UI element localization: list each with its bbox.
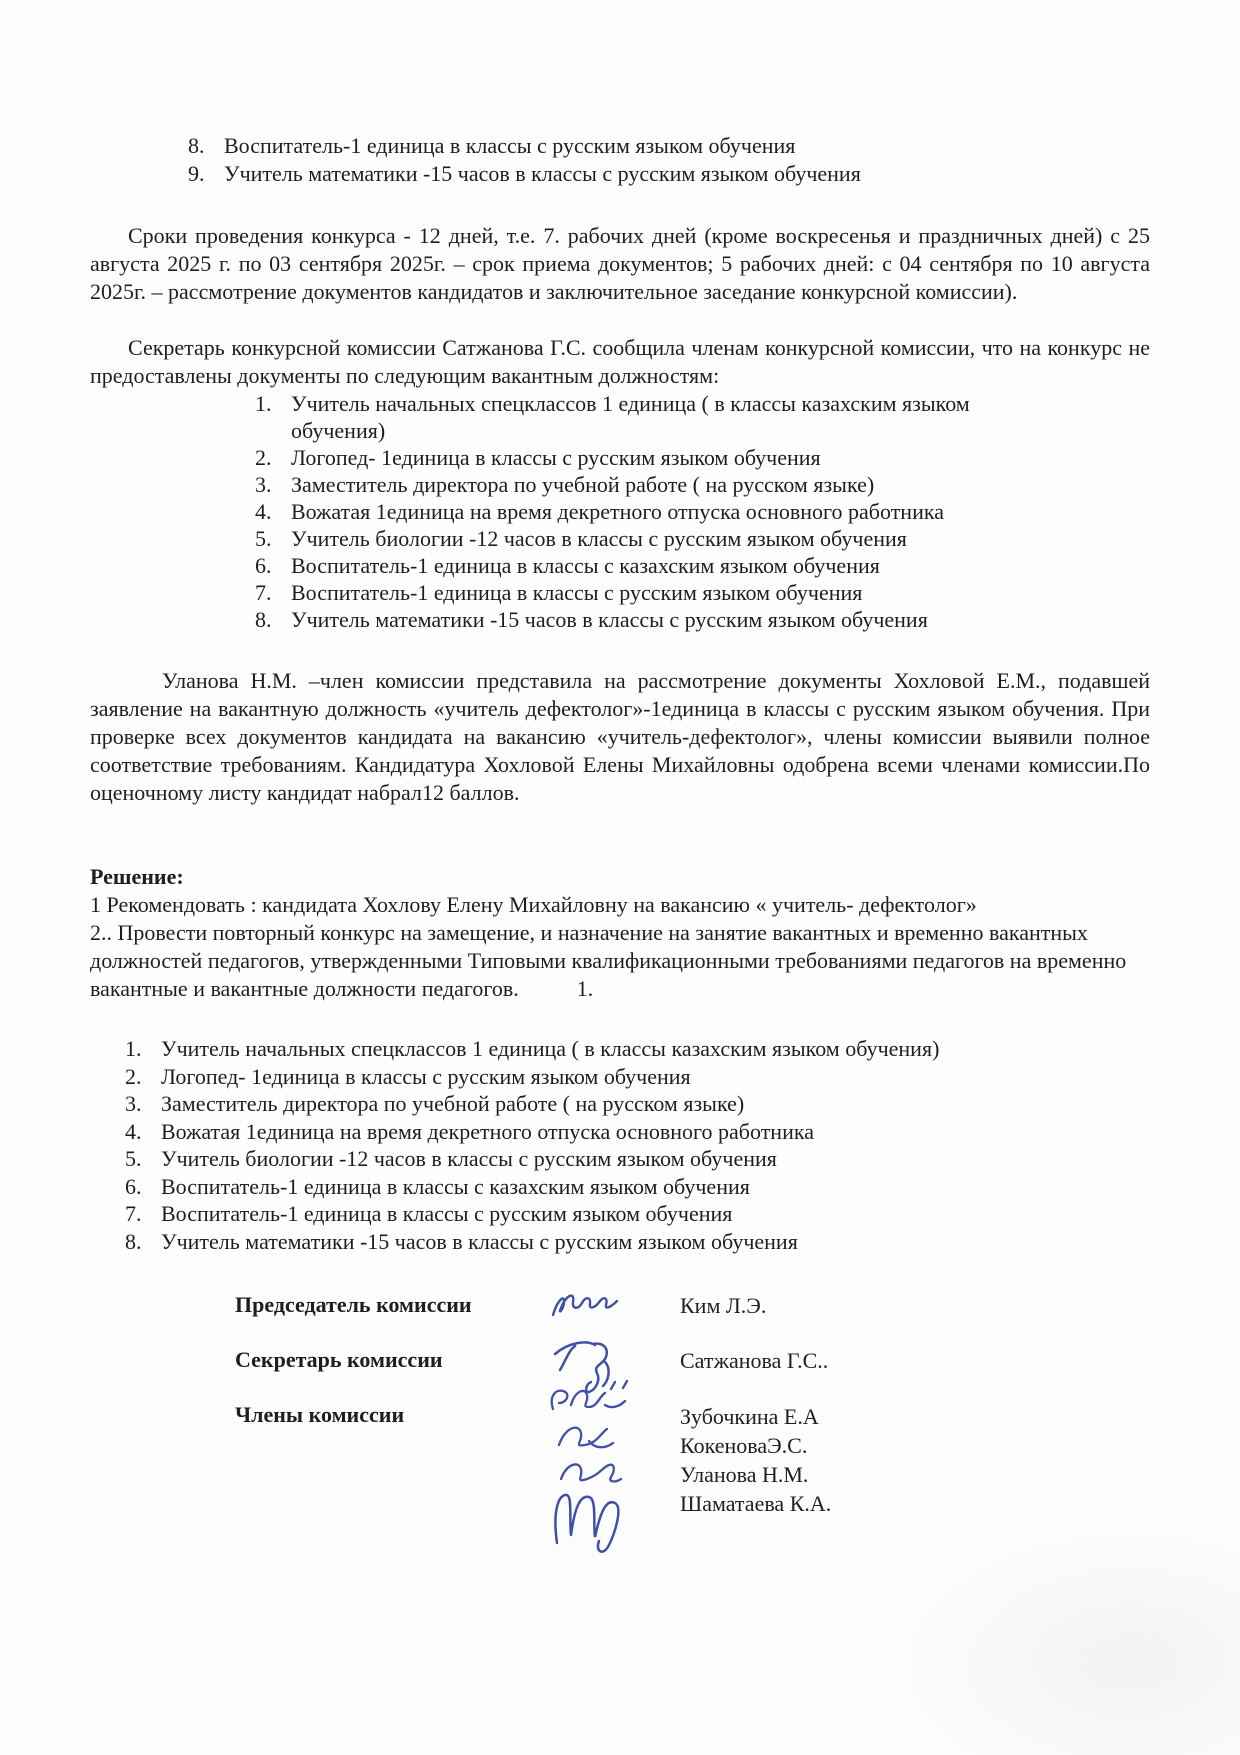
list-item-text: Учитель математики -15 часов в классы с … — [161, 1228, 1150, 1256]
members-names: Зубочкина Е.А КокеноваЭ.С. Уланова Н.М. … — [680, 1401, 831, 1518]
list-item: 2. Логопед- 1единица в классы с русским … — [255, 444, 1150, 471]
decision-section: Решение: 1 Рекомендовать : кандидата Хох… — [90, 863, 1150, 1003]
list-item-text: Учитель биологии -12 часов в классы с ру… — [161, 1145, 1150, 1173]
secretary-label: Секретарь комиссии — [235, 1346, 515, 1374]
list-item: 7. Воспитатель-1 единица в классы с русс… — [255, 579, 1150, 606]
members-label: Члены комиссии — [235, 1401, 515, 1429]
list-item: 1. Учитель начальных спецклассов 1 едини… — [255, 390, 1150, 444]
list-item: 5. Учитель биологии -12 часов в классы с… — [125, 1145, 1150, 1173]
list-item-number: 9. — [188, 160, 224, 188]
list-item-text: Воспитатель-1 единица в классы с казахск… — [161, 1173, 1150, 1201]
list-item-text: Воспитатель-1 единица в классы с русским… — [224, 132, 1150, 160]
member-name: КокеноваЭ.С. — [680, 1431, 831, 1460]
list-item-number: 1. — [255, 390, 291, 444]
list-item-text: Учитель математики -15 часов в классы с … — [291, 606, 1150, 633]
member-signature-2 — [559, 1428, 613, 1448]
decision-item-1: 1 Рекомендовать : кандидата Хохлову Елен… — [90, 891, 1150, 919]
list-item-text: Заместитель директора по учебной работе … — [291, 471, 1150, 498]
list-item-text: Вожатая 1единица на время декретного отп… — [291, 498, 1150, 525]
list-item-text: Воспитатель-1 единица в классы с русским… — [291, 579, 1150, 606]
list-item-number: 8. — [125, 1228, 161, 1256]
list-item-number: 8. — [255, 606, 291, 633]
secretary-paragraph: Секретарь конкурсной комиссии Сатжанова … — [90, 334, 1150, 390]
decision-trailing-number: 1. — [577, 976, 594, 1001]
list-item-text: Учитель биологии -12 часов в классы с ру… — [291, 525, 1150, 552]
list-item-number: 7. — [255, 579, 291, 606]
list-item-number: 4. — [125, 1118, 161, 1146]
missing-documents-vacancy-list: 1. Учитель начальных спецклассов 1 едини… — [255, 390, 1150, 633]
list-item-number: 3. — [255, 471, 291, 498]
list-item-text: Вожатая 1единица на время декретного отп… — [161, 1118, 1150, 1146]
decision-item-2-text: 2.. Провести повторный конкурс на замеще… — [90, 920, 1126, 1001]
secretary-signature-row: Секретарь комиссии Сатжанова Г.С.. — [235, 1346, 1150, 1375]
member-name: Уланова Н.М. — [680, 1460, 831, 1489]
repeat-vacancy-list: 1. Учитель начальных спецклассов 1 едини… — [125, 1035, 1150, 1255]
member-name: Зубочкина Е.А — [680, 1402, 831, 1431]
list-item-text: Логопед- 1единица в классы с русским язы… — [291, 444, 1150, 471]
list-item-number: 4. — [255, 498, 291, 525]
list-item-number: 1. — [125, 1035, 161, 1063]
top-vacancy-list: 8. Воспитатель-1 единица в классы с русс… — [188, 132, 1150, 188]
ulanova-paragraph: Уланова Н.М. –член комиссии представила … — [90, 667, 1150, 807]
list-item-number: 8. — [188, 132, 224, 160]
members-signature-row: Члены комиссии — [235, 1401, 1150, 1518]
list-item: 8. Учитель математики -15 часов в классы… — [125, 1228, 1150, 1256]
list-item: 5. Учитель биологии -12 часов в классы с… — [255, 525, 1150, 552]
list-item-text: Учитель математики -15 часов в классы с … — [224, 160, 1150, 188]
list-item: 6. Воспитатель-1 единица в классы с каза… — [255, 552, 1150, 579]
chairman-name: Ким Л.Э. — [680, 1291, 766, 1320]
list-item: 1. Учитель начальных спецклассов 1 едини… — [125, 1035, 1150, 1063]
list-item-number: 6. — [255, 552, 291, 579]
list-item: 9. Учитель математики -15 часов в классы… — [188, 160, 1150, 188]
list-item-text: Воспитатель-1 единица в классы с казахск… — [291, 552, 1150, 579]
list-item: 6. Воспитатель-1 единица в классы с каза… — [125, 1173, 1150, 1201]
member-signature-1 — [552, 1381, 627, 1409]
list-item: 2. Логопед- 1единица в классы с русским … — [125, 1063, 1150, 1091]
scanned-protocol-document: 8. Воспитатель-1 единица в классы с русс… — [0, 0, 1240, 1755]
list-item: 4. Вожатая 1единица на время декретного … — [125, 1118, 1150, 1146]
list-item: 8. Воспитатель-1 единица в классы с русс… — [188, 132, 1150, 160]
list-item-number: 2. — [125, 1063, 161, 1091]
list-item: 8. Учитель математики -15 часов в классы… — [255, 606, 1150, 633]
chairman-signature-row: Председатель комиссии Ким Л.Э. — [235, 1291, 1150, 1320]
member-name: Шаматаева К.А. — [680, 1489, 831, 1518]
list-item: 3. Заместитель директора по учебной рабо… — [255, 471, 1150, 498]
secretary-name: Сатжанова Г.С.. — [680, 1346, 828, 1375]
chairman-label: Председатель комиссии — [235, 1291, 515, 1319]
decision-heading: Решение: — [90, 863, 1150, 891]
list-item-text: Учитель начальных спецклассов 1 единица … — [291, 390, 1001, 444]
list-item-text: Логопед- 1единица в классы с русским язы… — [161, 1063, 1150, 1091]
list-item-number: 5. — [125, 1145, 161, 1173]
list-item-number: 5. — [255, 525, 291, 552]
list-item-number: 6. — [125, 1173, 161, 1201]
list-item: 3. Заместитель директора по учебной рабо… — [125, 1090, 1150, 1118]
list-item-text: Заместитель директора по учебной работе … — [161, 1090, 1150, 1118]
list-item: 7. Воспитатель-1 единица в классы с русс… — [125, 1200, 1150, 1228]
list-item-number: 2. — [255, 444, 291, 471]
list-item-number: 3. — [125, 1090, 161, 1118]
member-signature-3 — [561, 1464, 621, 1481]
terms-paragraph: Сроки проведения конкурса - 12 дней, т.е… — [90, 222, 1150, 306]
list-item-number: 7. — [125, 1200, 161, 1228]
list-item-text: Воспитатель-1 единица в классы с русским… — [161, 1200, 1150, 1228]
list-item-text: Учитель начальных спецклассов 1 единица … — [161, 1035, 1150, 1063]
signature-block: Председатель комиссии Ким Л.Э. Секретарь… — [90, 1291, 1150, 1518]
list-item: 4. Вожатая 1единица на время декретного … — [255, 498, 1150, 525]
decision-item-2: 2.. Провести повторный конкурс на замеще… — [90, 919, 1150, 1003]
member-signature-4 — [555, 1495, 618, 1552]
